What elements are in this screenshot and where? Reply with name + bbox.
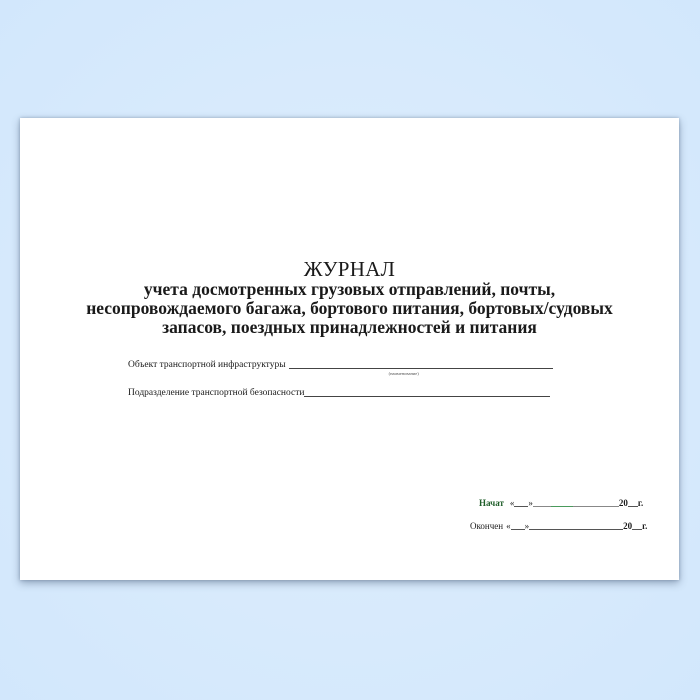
object-field-row: Объект транспортной инфраструктуры (наим… (128, 360, 553, 370)
document-page: ЖУРНАЛ учета досмотренных грузовых отпра… (20, 118, 679, 580)
document-subtitle-line-3: запасов, поездных принадлежностей и пита… (20, 318, 679, 337)
start-year-suffix: г. (638, 498, 643, 508)
division-field-row: Подразделение транспортной безопасности (128, 388, 550, 398)
start-year-blank[interactable] (628, 506, 638, 507)
end-date-label: Окончен (470, 521, 503, 531)
start-day-blank[interactable] (514, 506, 528, 507)
document-subtitle-line-2: несопровождаемого багажа, бортового пита… (20, 299, 679, 318)
end-year-prefix: 20 (623, 521, 632, 531)
object-field-caption: (наименование) (389, 371, 419, 376)
start-date-row: Начат « » 20 г. (479, 498, 643, 508)
document-title: ЖУРНАЛ (20, 258, 679, 280)
end-year-blank[interactable] (632, 529, 642, 530)
object-field-label: Объект транспортной инфраструктуры (128, 360, 286, 370)
title-block: ЖУРНАЛ учета досмотренных грузовых отпра… (20, 258, 679, 337)
object-field-line[interactable]: (наименование) (289, 368, 553, 369)
division-field-line[interactable] (304, 396, 550, 397)
end-month-blank[interactable] (529, 529, 623, 530)
start-month-blank[interactable] (533, 506, 619, 507)
start-year-prefix: 20 (619, 498, 628, 508)
document-subtitle-line-1: учета досмотренных грузовых отправлений,… (20, 280, 679, 299)
end-date-row: Окончен « » 20 г. (470, 521, 647, 531)
end-day-blank[interactable] (511, 529, 525, 530)
division-field-label: Подразделение транспортной безопасности (128, 388, 304, 398)
start-date-label: Начат (479, 498, 504, 508)
end-year-suffix: г. (642, 521, 647, 531)
